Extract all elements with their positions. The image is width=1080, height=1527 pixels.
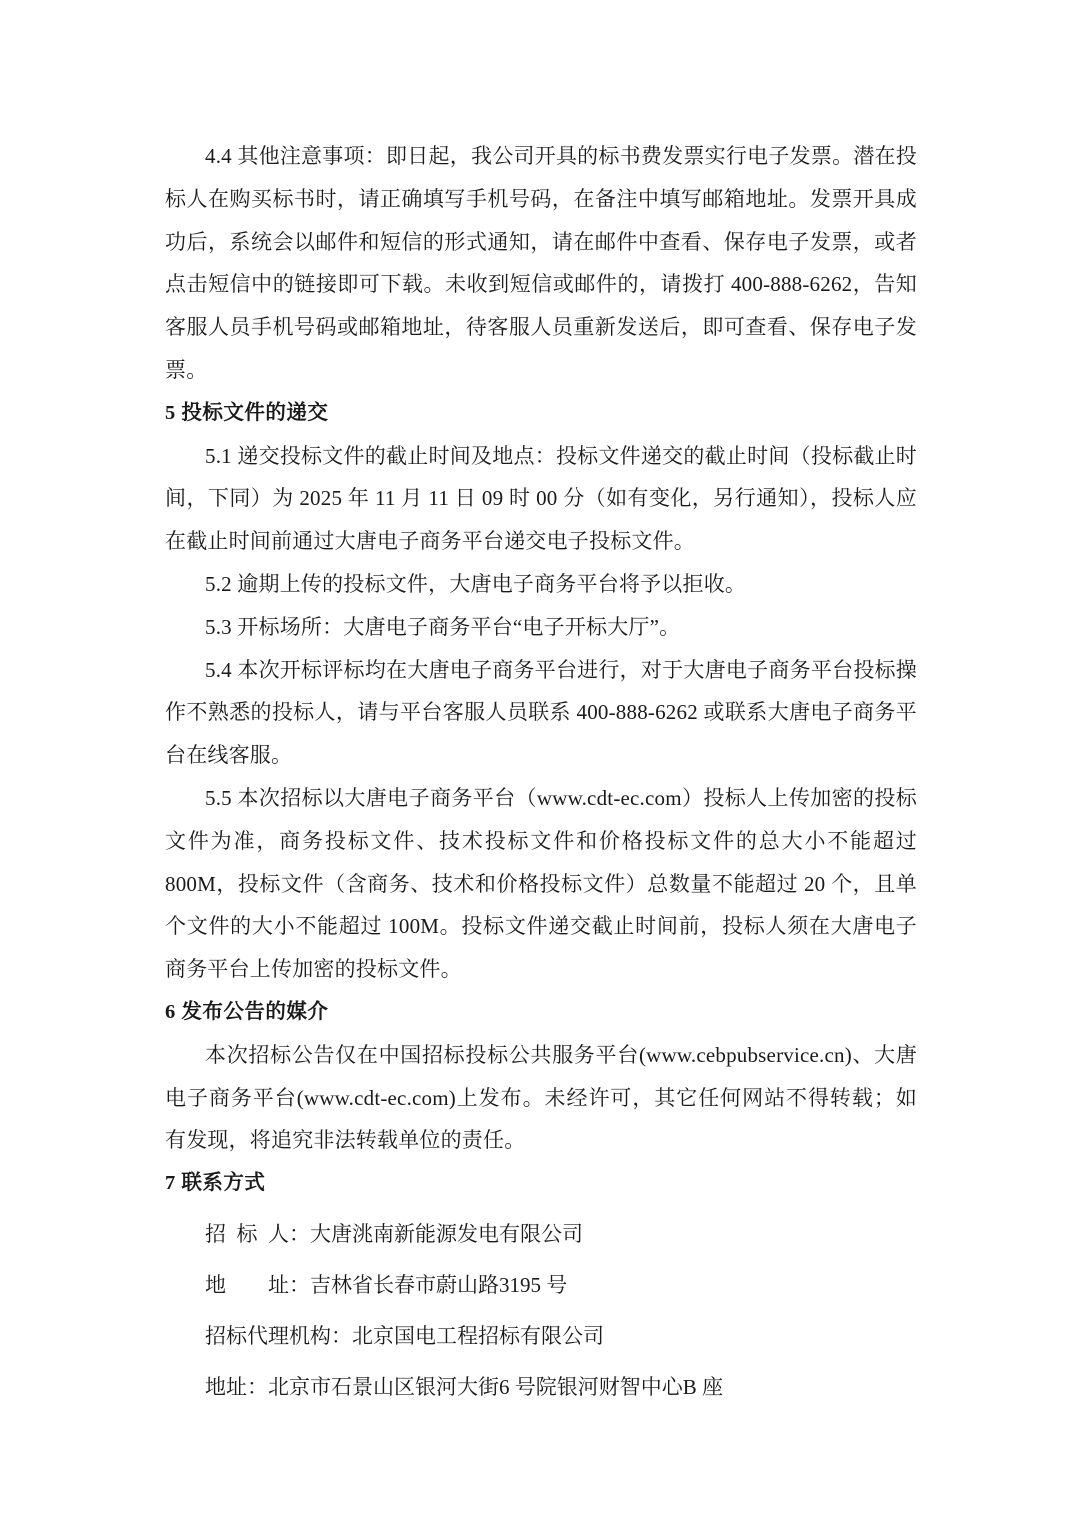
section-heading-5: 5 投标文件的递交	[165, 392, 917, 435]
contact-agency: 招标代理机构：北京国电工程招标有限公司	[165, 1311, 917, 1362]
contact-tenderer-address: 地 址：吉林省长春市蔚山路3195 号	[165, 1260, 917, 1311]
paragraph-5-4: 5.4 本次开标评标均在大唐电子商务平台进行，对于大唐电子商务平台投标操作不熟悉…	[165, 649, 917, 777]
paragraph-5-1: 5.1 递交投标文件的截止时间及地点：投标文件递交的截止时间（投标截止时间，下同…	[165, 435, 917, 563]
contact-value: 大唐洮南新能源发电有限公司	[310, 1222, 583, 1246]
contact-label: 地址：	[205, 1375, 268, 1399]
contact-value: 北京市石景山区银河大街6 号院银河财智中心B 座	[268, 1375, 723, 1399]
paragraph-4-4: 4.4 其他注意事项：即日起，我公司开具的标书费发票实行电子发票。潜在投标人在购…	[165, 135, 917, 392]
contact-tenderer: 招 标 人：大唐洮南新能源发电有限公司	[165, 1209, 917, 1260]
document-page: 4.4 其他注意事项：即日起，我公司开具的标书费发票实行电子发票。潜在投标人在购…	[165, 135, 917, 1413]
contact-value: 北京国电工程招标有限公司	[352, 1324, 604, 1348]
paragraph-5-2: 5.2 逾期上传的投标文件，大唐电子商务平台将予以拒收。	[165, 563, 917, 606]
contact-label: 地 址：	[205, 1273, 310, 1297]
contact-value: 吉林省长春市蔚山路3195 号	[310, 1273, 567, 1297]
paragraph-5-5: 5.5 本次招标以大唐电子商务平台（www.cdt-ec.com）投标人上传加密…	[165, 777, 917, 991]
contact-list: 招 标 人：大唐洮南新能源发电有限公司 地 址：吉林省长春市蔚山路3195 号 …	[165, 1209, 917, 1413]
paragraph-6-media: 本次招标公告仅在中国招标投标公共服务平台(www.cebpubservice.c…	[165, 1034, 917, 1162]
contact-agency-address: 地址：北京市石景山区银河大街6 号院银河财智中心B 座	[165, 1362, 917, 1413]
section-heading-7: 7 联系方式	[165, 1162, 917, 1205]
contact-label: 招 标 人：	[205, 1222, 310, 1246]
section-heading-6: 6 发布公告的媒介	[165, 991, 917, 1034]
paragraph-5-3: 5.3 开标场所：大唐电子商务平台“电子开标大厅”。	[165, 606, 917, 649]
contact-label: 招标代理机构：	[205, 1324, 352, 1348]
